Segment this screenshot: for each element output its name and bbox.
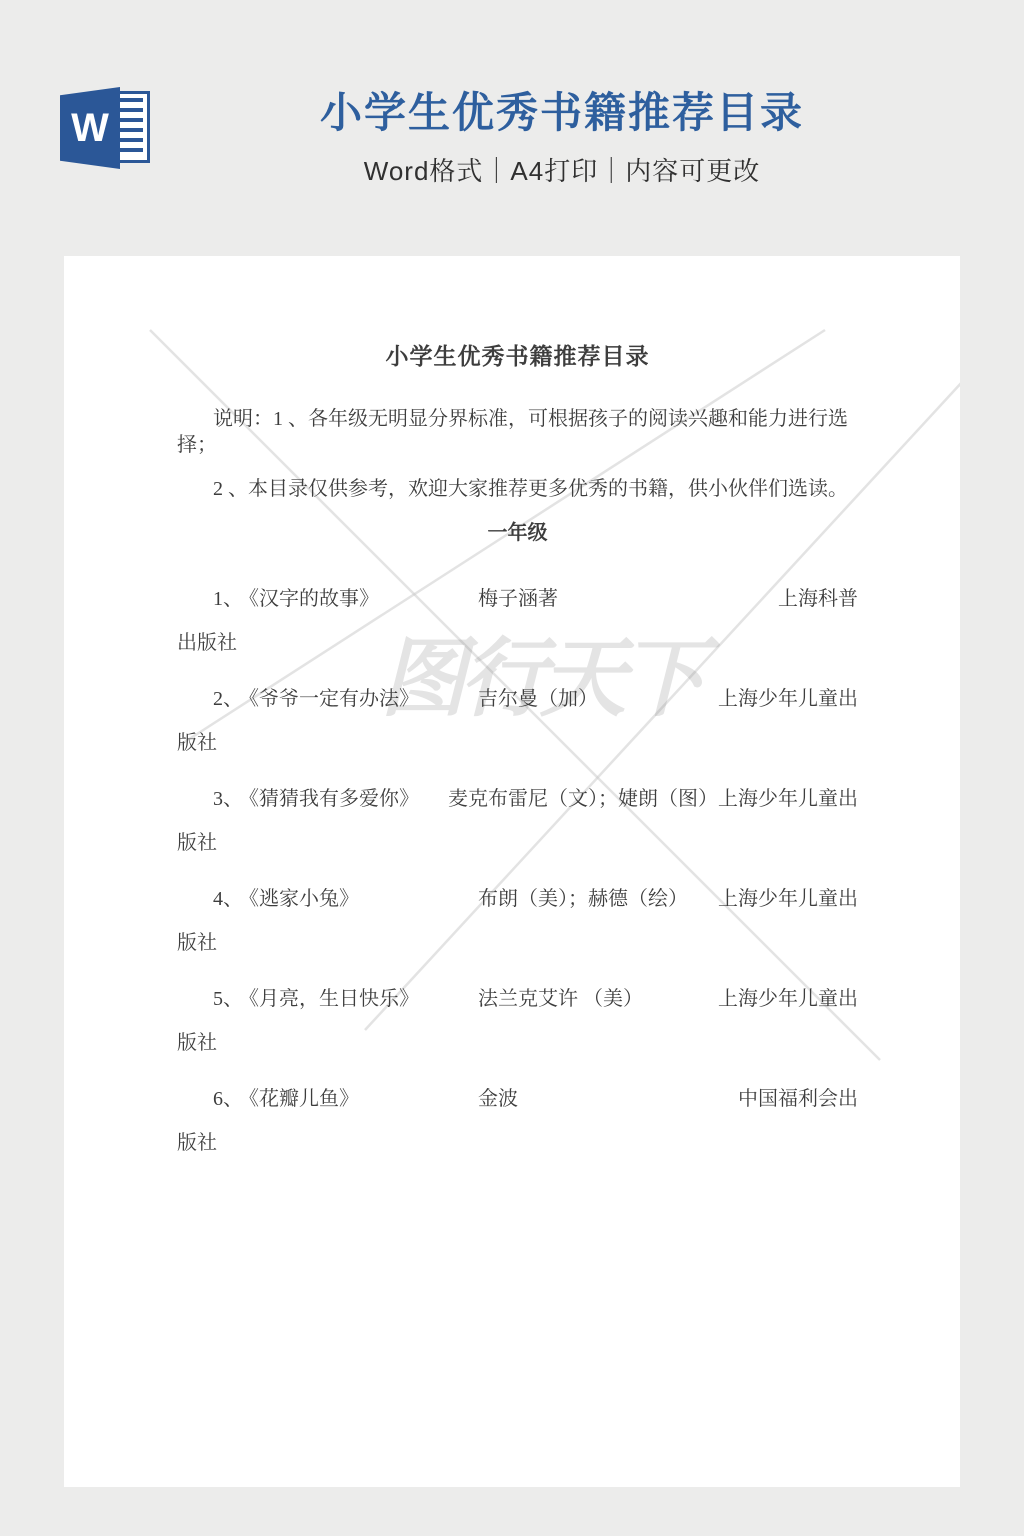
book-title: 《月亮，生日快乐》 (249, 988, 419, 1010)
book-title: 《花瓣儿鱼》 (249, 1088, 359, 1110)
document-page: 图行天下 小学生优秀书籍推荐目录 说明：1 、各年级无明显分界标准，可根据孩子的… (64, 256, 960, 1487)
site-header: W 小学生优秀书籍推荐目录 Word格式｜A4打印｜内容可更改 (0, 85, 1024, 215)
book-number: 2、 (213, 688, 243, 710)
book-row-line1: 5、《月亮，生日快乐》 法兰克艾许 （美） 上海少年儿童出 (177, 986, 858, 1012)
document-content: 小学生优秀书籍推荐目录 说明：1 、各年级无明显分界标准，可根据孩子的阅读兴趣和… (64, 256, 960, 1156)
book-title-cell: 1、《汉字的故事》 (177, 586, 470, 612)
book-publisher: 上海科普 (778, 586, 858, 612)
book-number: 5、 (213, 988, 243, 1010)
book-title-cell: 5、《月亮，生日快乐》 (177, 986, 470, 1012)
book-publisher-wrap: 版社 (177, 930, 858, 956)
book-title: 《猜猜我有多爱你》 (249, 788, 419, 810)
book-author: 布朗（美）；赫德（绘） (470, 886, 718, 912)
book-row: 2、《爷爷一定有办法》 吉尔曼（加） 上海少年儿童出 版社 (177, 686, 858, 756)
book-row: 6、《花瓣儿鱼》 金波 中国福利会出 版社 (177, 1086, 858, 1156)
header-subtitle: Word格式｜A4打印｜内容可更改 (200, 151, 924, 188)
doc-title: 小学生优秀书籍推荐目录 (177, 344, 858, 370)
word-icon: W (60, 87, 152, 169)
grade-section-heading: 一年级 (177, 520, 858, 546)
book-title-cell: 6、《花瓣儿鱼》 (177, 1086, 470, 1112)
book-author: 法兰克艾许 （美） (470, 986, 718, 1012)
book-row-line1: 6、《花瓣儿鱼》 金波 中国福利会出 (177, 1086, 858, 1112)
word-icon-w: W (71, 108, 109, 148)
book-title-cell: 3、《猜猜我有多爱你》 (177, 786, 440, 812)
book-publisher: 中国福利会出 (738, 1086, 858, 1112)
book-row: 1、《汉字的故事》 梅子涵著 上海科普 出版社 (177, 586, 858, 656)
book-author: 金波 (470, 1086, 738, 1112)
book-publisher: 上海少年儿童出 (718, 986, 858, 1012)
book-row-line1: 3、《猜猜我有多爱你》 麦克布雷尼（文）；婕朗（图） 上海少年儿童出 (177, 786, 858, 812)
header-text-block: 小学生优秀书籍推荐目录 Word格式｜A4打印｜内容可更改 (200, 89, 924, 188)
book-number: 3、 (213, 788, 243, 810)
book-row-line1: 4、《逃家小兔》 布朗（美）；赫德（绘） 上海少年儿童出 (177, 886, 858, 912)
book-title-cell: 4、《逃家小兔》 (177, 886, 470, 912)
book-publisher-wrap: 版社 (177, 730, 858, 756)
book-title: 《逃家小兔》 (249, 888, 359, 910)
book-title: 《爷爷一定有办法》 (249, 688, 419, 710)
book-publisher-wrap: 版社 (177, 1030, 858, 1056)
book-author: 麦克布雷尼（文）；婕朗（图） (440, 786, 718, 812)
book-row: 5、《月亮，生日快乐》 法兰克艾许 （美） 上海少年儿童出 版社 (177, 986, 858, 1056)
book-publisher: 上海少年儿童出 (718, 686, 858, 712)
book-publisher-wrap: 出版社 (177, 630, 858, 656)
book-row: 3、《猜猜我有多爱你》 麦克布雷尼（文）；婕朗（图） 上海少年儿童出 版社 (177, 786, 858, 856)
book-title: 《汉字的故事》 (249, 588, 379, 610)
header-title: 小学生优秀书籍推荐目录 (200, 89, 924, 137)
book-row-line1: 2、《爷爷一定有办法》 吉尔曼（加） 上海少年儿童出 (177, 686, 858, 712)
book-author: 吉尔曼（加） (470, 686, 718, 712)
book-row: 4、《逃家小兔》 布朗（美）；赫德（绘） 上海少年儿童出 版社 (177, 886, 858, 956)
book-number: 6、 (213, 1088, 243, 1110)
doc-note-2: 2 、本目录仅供参考，欢迎大家推荐更多优秀的书籍，供小伙伴们选读。 (177, 476, 858, 502)
book-publisher-wrap: 版社 (177, 1130, 858, 1156)
book-author: 梅子涵著 (470, 586, 778, 612)
book-publisher: 上海少年儿童出 (718, 786, 858, 812)
doc-note-1: 说明：1 、各年级无明显分界标准，可根据孩子的阅读兴趣和能力进行选择； (177, 406, 858, 458)
book-row-line1: 1、《汉字的故事》 梅子涵著 上海科普 (177, 586, 858, 612)
book-number: 4、 (213, 888, 243, 910)
book-publisher: 上海少年儿童出 (718, 886, 858, 912)
word-icon-letter: W (60, 87, 120, 169)
book-title-cell: 2、《爷爷一定有办法》 (177, 686, 470, 712)
book-publisher-wrap: 版社 (177, 830, 858, 856)
book-number: 1、 (213, 588, 243, 610)
